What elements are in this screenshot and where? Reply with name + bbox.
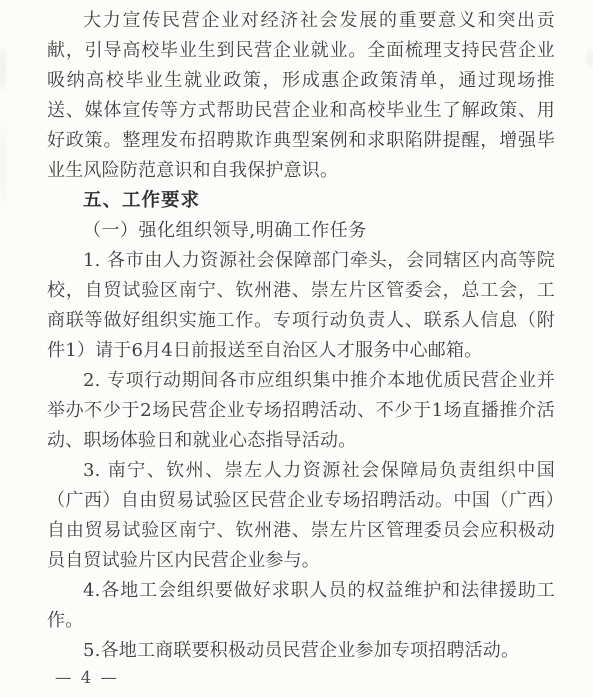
page-number: — 4 —: [55, 668, 119, 687]
paragraph-item-5: 5.各地工商联要积极动员民营企业参加专项招聘活动。: [47, 636, 555, 666]
paragraph-item-4: 4.各地工会组织要做好求职人员的权益维护和法律援助工作。: [47, 576, 555, 636]
paragraph-item-2: 2. 专项行动期间各市应组织集中推介本地优质民营企业并举办不少于2场民营企业专场…: [47, 366, 555, 456]
scan-artifact: [587, 50, 593, 66]
scan-artifact: [1, 120, 5, 210]
subsection-heading-strengthen-organization: （一）强化组织领导,明确工作任务: [47, 216, 555, 246]
document-body: 大力宣传民营企业对经济社会发展的重要意义和突出贡献，引导高校毕业生到民营企业就业…: [47, 6, 555, 666]
paragraph-publicity: 大力宣传民营企业对经济社会发展的重要意义和突出贡献，引导高校毕业生到民营企业就业…: [47, 6, 555, 186]
paragraph-item-1: 1. 各市由人力资源社会保障部门牵头，会同辖区内高等院校，自贸试验区南宁、钦州港…: [47, 246, 555, 366]
scan-artifact: [0, 48, 5, 90]
section-heading-work-requirements: 五、工作要求: [47, 186, 555, 216]
document-page: 大力宣传民营企业对经济社会发展的重要意义和突出贡献，引导高校毕业生到民营企业就业…: [0, 0, 593, 697]
paragraph-item-3: 3. 南宁、钦州、崇左人力资源社会保障局负责组织中国（广西）自由贸易试验区民营企…: [47, 456, 555, 576]
